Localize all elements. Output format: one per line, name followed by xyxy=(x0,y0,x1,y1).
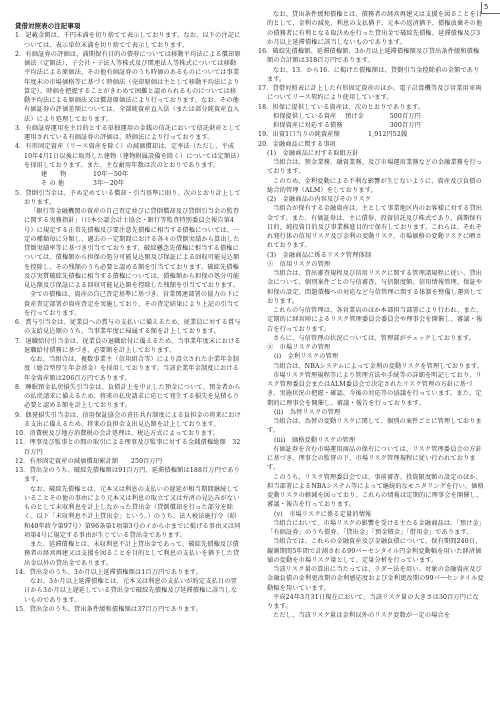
section-title: 貸借対照表の注記事項 xyxy=(15,22,241,31)
asset-type-label: 建 物 xyxy=(15,170,93,179)
note-4: 4．有形固定資産（リース資産を除く）の減価償却は、定率法（ただし、平成10年4月… xyxy=(15,142,241,170)
asset-type-label: そ の 他 xyxy=(15,179,93,188)
collateral-value: 300百万円 xyxy=(371,121,421,130)
note-13-paragraph: また、延滞債権とは、未収利息不計上貸出金であって、破綻先債権及び債務者の経営再建… xyxy=(15,540,241,568)
note-16: 16．破綻先債権額、延滞債権額、3か月以上延滞債権額及び貸出条件緩和債権額の合計… xyxy=(258,47,484,66)
subsection-1-heading: (1) 金融商品に対する取組方針 xyxy=(258,149,484,158)
subsection-2-heading: (2) 金融商品の内容及びそのリスク xyxy=(258,195,484,204)
note-2: 2．有価証券の評価は、満期保有目的の債券については移動平均法による償却原価法（定… xyxy=(15,50,241,124)
useful-life-value: 10年～50年 xyxy=(93,170,173,179)
quantitative-info-paragraph: ただし、当該リスク量は金利以外のリスク変数が一定の場合を xyxy=(258,611,484,620)
interest-rate-risk-heading: (i) 金利リスクの管理 xyxy=(258,352,484,361)
quantitative-info-heading: (v) 市場リスクに係る定量的情報 xyxy=(258,510,484,519)
note-9: 9．偶発損失引当金は、信用保証協会の責任共有制度による負担金の将来における支出に… xyxy=(15,411,241,430)
collateral-row: 担保資産に対応する債務 300百万円 xyxy=(258,121,484,130)
quantitative-info-paragraph: 当組合では、これらの金融資産及び金融負債について、保有期間240日、観測期間5年… xyxy=(258,537,484,565)
note-5-paragraph: 「銀行等金融機関の資産の自己査定並びに貸倒償却及び貸倒引当金の監査に関する実務指… xyxy=(15,207,241,290)
note-19: 19．出資1口当りの純資産額 1,912円52銭 xyxy=(258,130,484,139)
collateral-label: 担保資産に対応する債務 xyxy=(258,121,345,130)
note-18: 18．担保に提供している資産は、次のとおりであります。 xyxy=(258,103,484,112)
note-13: 13．貸出金のうち、破綻先債権額は91百万円、延滞債権額は188百万円であります… xyxy=(15,466,241,485)
interest-rate-risk-paragraph: 当組合は、NBAシステムによって金利の変動リスクを管理しております。 xyxy=(258,362,484,371)
fx-risk-paragraph: 当組合は、為替の変動リスクに関して、個別の案件ごとに管理しております。 xyxy=(258,417,484,436)
subsection-3-heading: (3) 金融商品に係るリスク管理体制 xyxy=(258,251,484,260)
right-column: なお、貸出条件緩和債権とは、債務者の経営再建又は支援を図ることを目的として、金利… xyxy=(258,10,484,621)
collateral-label: 担保提供している資産 xyxy=(258,112,345,121)
useful-life-row: そ の 他 3年～20年 xyxy=(15,179,241,188)
note-7: 7．退職給付引当金は、従業員の退職給付に備えるため、当事業年度末における退職給付… xyxy=(15,337,241,356)
price-risk-heading: (iii) 価格変動リスクの管理 xyxy=(258,436,484,445)
useful-life-row: 建 物 10年～50年 xyxy=(15,170,241,179)
credit-risk-heading: ① 信用リスクの管理 xyxy=(258,260,484,269)
note-1: 1．記載金額は、千円未満を切り捨てて表示しております。なお、以下の注記については… xyxy=(15,31,241,50)
interest-rate-risk-paragraph: 市場リスク管理規程等により管理方法や手続等の詳細を明記しており、リスク管理委員会… xyxy=(258,371,484,408)
note-20: 20．金融商品に関する事項 xyxy=(258,140,484,149)
credit-risk-paragraph: これらの与信管理は、各営業店のほか本部担当部署により行われ、また、定期的に経営陣… xyxy=(258,306,484,334)
price-risk-paragraph: このうち、リスク管理委員会では、事前審査、投資限度額の設定のほか、担当部署による… xyxy=(258,473,484,510)
note-6: 6．賞与引当金は、従業員への賞与の支払いに備えるため、従業員に対する賞与の支給見… xyxy=(15,318,241,337)
subsection-2-paragraph: 当組合が保有する金融資産は、主として事業地区内のお客様に対する貸出金です。また、… xyxy=(258,204,484,250)
note-5-paragraph: 全ての債権は、資産の自己査定基準に基づき、営業関連部署の協力の下に資産査定部署が… xyxy=(15,290,241,318)
credit-risk-paragraph: さらに、与信管理の状況については、管理部がチェックしております。 xyxy=(258,334,484,343)
note-13-paragraph: なお、破綻先債権とは、元本又は利息の支払いの遅延が相当期間継続していることその他… xyxy=(15,485,241,541)
note-16-paragraph: なお、13．から16．に掲げた債権額は、貸倒引当金控除前の金額であります。 xyxy=(258,66,484,85)
market-risk-heading: ② 市場リスクの管理 xyxy=(258,343,484,352)
note-11: 11．理事及び監事との間の取引による理事及び監事に対する金銭債権総額 32百万円 xyxy=(15,438,241,457)
note-14: 14．貸出金のうち、3か月以上延滞債権額は1百万円であります。 xyxy=(15,568,241,577)
note-3: 3．有価証券運用を主目的とする単独運用の金銭の信託において信託財産として運用され… xyxy=(15,124,241,143)
quantitative-info-paragraph: 当該リスク量の算出に当たっては、ラダー法を用い、対象の金融資産及び金融負債の金利… xyxy=(258,565,484,593)
note-10: 10．消費税及び地方消費税の会計処理は、税込方式によっております。 xyxy=(15,429,241,438)
note-14-paragraph: なお、3か月以上延滞債権とは、元本又は利息の支払いが約定支払日の翌日から3か月以… xyxy=(15,577,241,605)
credit-risk-paragraph: 当組合は、貸出審査規程及び信用リスクに関する管理諸規程に従い、貸出金について、個… xyxy=(258,269,484,306)
fx-risk-heading: (ii) 為替リスクの管理 xyxy=(258,408,484,417)
quantitative-info-paragraph: 当組合において、市場リスクの影響を受ける主たる金融商品は、「預け金」「有価証券」… xyxy=(258,519,484,538)
useful-life-value: 3年～20年 xyxy=(93,179,173,188)
collateral-kind: 預け金 xyxy=(345,112,371,121)
note-17: 17．貸借対照表に計上した有形固定資産のほか、電子計算機等及び営業用車両について… xyxy=(258,84,484,103)
note-7-paragraph: なお、当組合は、複数事業主（信用組合等）により設立された企業年金制度（総合型厚生… xyxy=(15,355,241,383)
note-15-paragraph: なお、貸出条件緩和債権とは、債務者の経営再建又は支援を図ることを目的として、金利… xyxy=(258,10,484,47)
left-column: 貸借対照表の注記事項 1．記載金額は、千円未満を切り捨てて表示しております。なお… xyxy=(15,22,241,614)
price-risk-paragraph: 有価証券を含む市場運用商品の保有については、リスク管理委員会の方針に基づき、理事… xyxy=(258,445,484,473)
note-8: 8．睡眠預金払戻損失引当金は、負債計上を中止した預金について、預金者からの払戻請… xyxy=(15,383,241,411)
net-assets-label: 19．出資1口当りの純資産額 xyxy=(258,130,368,139)
collateral-kind xyxy=(345,121,371,130)
subsection-1-paragraph: 当組合は、預金業務、融資業務、及び市場運用業務などの金融業務を行っております。 xyxy=(258,158,484,177)
note-15: 15．貸出金のうち、貸出条件緩和債権額は37百万円であります。 xyxy=(15,605,241,614)
quantitative-info-paragraph: 平成24年3月31日現在において、当該リスク量の大きさは30百万円になります。 xyxy=(258,593,484,612)
subsection-1-paragraph: このため、金利変動による不利な影響が生じないように、資産及び負債の総合的管理（A… xyxy=(258,177,484,196)
note-5: 5．貸倒引当金は、予め定めている償却・引当基準に則り、次のとおり計上しております… xyxy=(15,189,241,208)
note-12: 12．有形固定資産の減価償却累計額 250百万円 xyxy=(15,457,241,466)
collateral-row: 担保提供している資産 預け金 500百万円 xyxy=(258,112,484,121)
net-assets-value: 1,912円52銭 xyxy=(368,130,407,139)
collateral-value: 500百万円 xyxy=(371,112,421,121)
